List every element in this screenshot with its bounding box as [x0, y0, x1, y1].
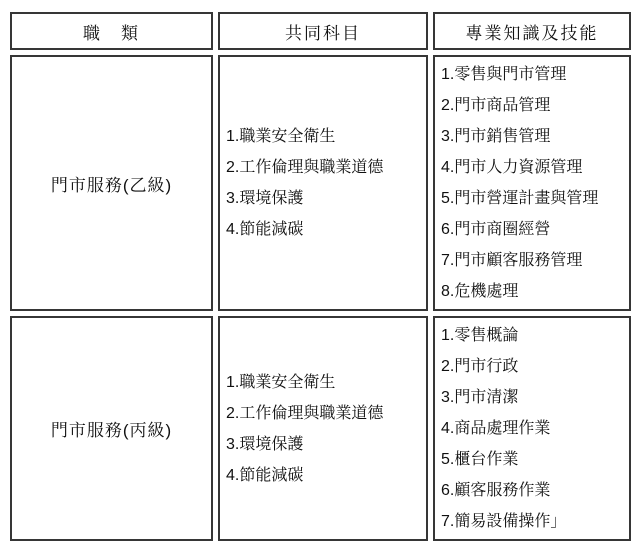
- subject-item: 2.工作倫理與職業道德: [226, 152, 423, 183]
- common-subjects-cell: 1.職業安全衛生2.工作倫理與職業道德3.環境保護4.節能減碳: [218, 316, 428, 541]
- professional-skills-list: 1.零售概論2.門市行政3.門市清潔4.商品處理作業5.櫃台作業6.顧客服務作業…: [441, 320, 626, 537]
- common-subjects-list: 1.職業安全衛生2.工作倫理與職業道德3.環境保護4.節能減碳: [226, 367, 423, 491]
- subject-item: 4.節能減碳: [226, 214, 423, 245]
- subject-item: 1.職業安全衛生: [226, 367, 423, 398]
- header-job-category: 職 類: [10, 12, 213, 50]
- job-category-cell: 門市服務(丙級): [10, 316, 213, 541]
- common-subjects-cell: 1.職業安全衛生2.工作倫理與職業道德3.環境保護4.節能減碳: [218, 55, 428, 311]
- subject-item: 1.零售概論: [441, 320, 626, 351]
- job-category-cell: 門市服務(乙級): [10, 55, 213, 311]
- table-row-level-c: 門市服務(丙級) 1.職業安全衛生2.工作倫理與職業道德3.環境保護4.節能減碳…: [10, 316, 631, 541]
- subject-item: 8.危機處理: [441, 276, 626, 307]
- subject-item: 3.環境保護: [226, 183, 423, 214]
- certification-subjects-table: 職 類 共同科目 專業知識及技能 門市服務(乙級) 1.職業安全衛生2.工作倫理…: [5, 7, 636, 546]
- table-row-level-b: 門市服務(乙級) 1.職業安全衛生2.工作倫理與職業道德3.環境保護4.節能減碳…: [10, 55, 631, 311]
- subject-item: 2.門市行政: [441, 351, 626, 382]
- subject-item: 2.工作倫理與職業道德: [226, 398, 423, 429]
- subject-item: 3.門市銷售管理: [441, 121, 626, 152]
- page: 職 類 共同科目 專業知識及技能 門市服務(乙級) 1.職業安全衛生2.工作倫理…: [0, 0, 640, 558]
- professional-skills-list: 1.零售與門市管理2.門市商品管理3.門市銷售管理4.門市人力資源管理5.門市營…: [441, 59, 626, 307]
- header-common-subjects: 共同科目: [218, 12, 428, 50]
- subject-item: 3.環境保護: [226, 429, 423, 460]
- subject-item: 5.門市營運計畫與管理: [441, 183, 626, 214]
- subject-item: 2.門市商品管理: [441, 90, 626, 121]
- subject-item: 6.門市商圈經營: [441, 214, 626, 245]
- subject-item: 7.門市顧客服務管理: [441, 245, 626, 276]
- subject-item: 4.門市人力資源管理: [441, 152, 626, 183]
- subject-item: 4.商品處理作業: [441, 413, 626, 444]
- subject-item: 6.顧客服務作業: [441, 475, 626, 506]
- common-subjects-list: 1.職業安全衛生2.工作倫理與職業道德3.環境保護4.節能減碳: [226, 121, 423, 245]
- subject-item: 1.職業安全衛生: [226, 121, 423, 152]
- professional-skills-cell: 1.零售與門市管理2.門市商品管理3.門市銷售管理4.門市人力資源管理5.門市營…: [433, 55, 631, 311]
- professional-skills-cell: 1.零售概論2.門市行政3.門市清潔4.商品處理作業5.櫃台作業6.顧客服務作業…: [433, 316, 631, 541]
- subject-item: 3.門市清潔: [441, 382, 626, 413]
- subject-item: 1.零售與門市管理: [441, 59, 626, 90]
- subject-item: 5.櫃台作業: [441, 444, 626, 475]
- header-row: 職 類 共同科目 專業知識及技能: [10, 12, 631, 50]
- header-professional-skills: 專業知識及技能: [433, 12, 631, 50]
- subject-item: 7.簡易設備操作」: [441, 506, 626, 537]
- subject-item: 4.節能減碳: [226, 460, 423, 491]
